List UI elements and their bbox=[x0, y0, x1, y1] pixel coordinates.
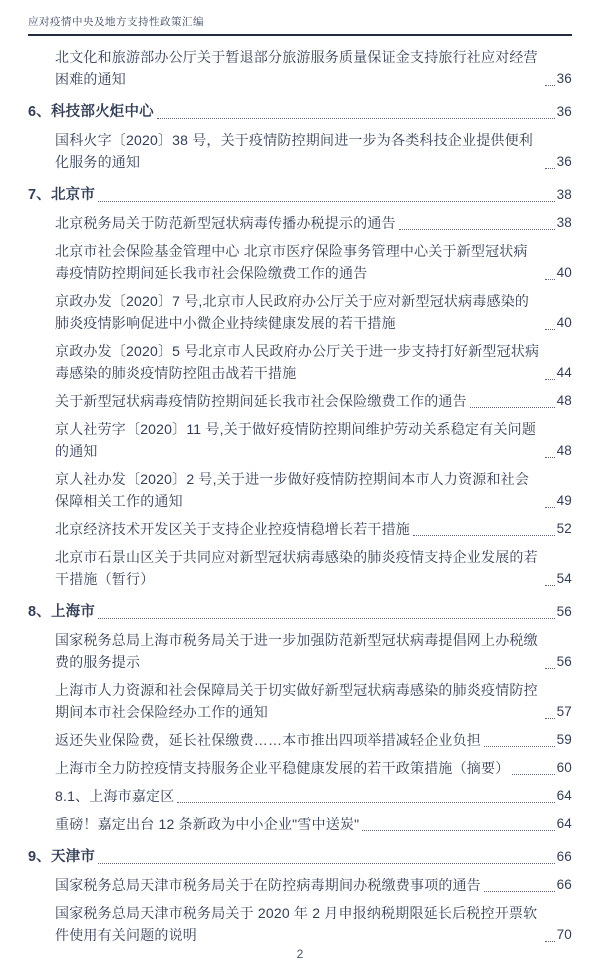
dotted-leader bbox=[545, 585, 555, 586]
dotted-leader bbox=[399, 229, 555, 230]
toc-entry-page-number: 40 bbox=[557, 312, 572, 334]
toc-item-row[interactable]: 国家税务总局天津市税务局关于在防控病毒期间办税缴费事项的通告66 bbox=[55, 874, 572, 896]
dotted-leader bbox=[545, 668, 555, 669]
toc-entry-text: 重磅！嘉定出台 12 条新政为中小企业"雪中送炭" bbox=[55, 813, 359, 835]
table-of-contents: 北文化和旅游部办公厅关于暂退部分旅游服务质量保证金支持旅行社应对经营困难的通知3… bbox=[28, 36, 572, 946]
toc-entry-page-number: 40 bbox=[557, 262, 572, 284]
dotted-leader bbox=[362, 830, 554, 831]
toc-entry-page-number: 70 bbox=[557, 924, 572, 946]
toc-entry-page-number: 64 bbox=[557, 785, 572, 807]
toc-entry-page-number: 48 bbox=[557, 390, 572, 412]
toc-entry-text: 京政办发〔2020〕7 号,北京市人民政府办公厅关于应对新型冠状病毒感染的肺炎疫… bbox=[55, 290, 542, 334]
dotted-leader bbox=[413, 535, 555, 536]
toc-entry-page-number: 49 bbox=[557, 490, 572, 512]
dotted-leader bbox=[545, 718, 555, 719]
toc-entry-text: 北京市社会保险基金管理中心 北京市医疗保险事务管理中心关于新型冠状病毒疫情防控期… bbox=[55, 240, 542, 284]
toc-entry-page-number: 66 bbox=[557, 846, 572, 868]
toc-entry-text: 京人社劳字〔2020〕11 号,关于做好疫情防控期间维护劳动关系稳定有关问题的通… bbox=[55, 418, 542, 462]
toc-entry-page-number: 54 bbox=[557, 568, 572, 590]
toc-entry-text: 北京税务局关于防范新型冠状病毒传播办税提示的通告 bbox=[55, 212, 396, 234]
toc-item-row[interactable]: 京政办发〔2020〕7 号,北京市人民政府办公厅关于应对新型冠状病毒感染的肺炎疫… bbox=[55, 290, 572, 334]
toc-entry-text: 北文化和旅游部办公厅关于暂退部分旅游服务质量保证金支持旅行社应对经营困难的通知 bbox=[55, 46, 542, 90]
toc-entry-text: 上海市全力防控疫情支持服务企业平稳健康发展的若干政策措施（摘要） bbox=[55, 757, 509, 779]
toc-section-row[interactable]: 6、科技部火炬中心36 bbox=[28, 96, 572, 123]
toc-subsection-row[interactable]: 8.1、上海市嘉定区64 bbox=[55, 785, 572, 807]
toc-item-row[interactable]: 京政办发〔2020〕5 号北京市人民政府办公厅关于进一步支持打好新型冠状病毒感染… bbox=[55, 340, 572, 384]
dotted-leader bbox=[545, 457, 555, 458]
toc-section-row[interactable]: 8、上海市56 bbox=[28, 596, 572, 623]
toc-entry-text: 京政办发〔2020〕5 号北京市人民政府办公厅关于进一步支持打好新型冠状病毒感染… bbox=[55, 340, 542, 384]
toc-entry-text: 8.1、上海市嘉定区 bbox=[55, 785, 174, 807]
dotted-leader bbox=[545, 168, 555, 169]
toc-entry-text: 上海市人力资源和社会保障局关于切实做好新型冠状病毒感染的肺炎疫情防控期间本市社会… bbox=[55, 679, 542, 723]
toc-entry-text: 6、科技部火炬中心 bbox=[28, 101, 154, 123]
toc-entry-text: 7、北京市 bbox=[28, 184, 95, 206]
dotted-leader bbox=[98, 618, 555, 619]
toc-entry-page-number: 38 bbox=[557, 212, 572, 234]
toc-entry-text: 国家税务总局天津市税务局关于在防控病毒期间办税缴费事项的通告 bbox=[55, 874, 481, 896]
toc-item-row[interactable]: 北京市石景山区关于共同应对新型冠状病毒感染的肺炎疫情支持企业发展的若干措施（暂行… bbox=[55, 546, 572, 590]
toc-entry-text: 8、上海市 bbox=[28, 601, 95, 623]
dotted-leader bbox=[545, 941, 555, 942]
toc-entry-page-number: 44 bbox=[557, 362, 572, 384]
toc-entry-page-number: 60 bbox=[557, 757, 572, 779]
toc-entry-page-number: 64 bbox=[557, 813, 572, 835]
footer-page-number: 2 bbox=[297, 947, 304, 961]
toc-entry-text: 返还失业保险费，延长社保缴费……本市推出四项举措减轻企业负担 bbox=[55, 729, 481, 751]
dotted-leader bbox=[512, 774, 554, 775]
dotted-leader bbox=[98, 863, 555, 864]
header-title: 应对疫情中央及地方支持性政策汇编 bbox=[28, 16, 204, 28]
toc-entry-page-number: 36 bbox=[557, 68, 572, 90]
toc-item-row[interactable]: 京人社劳字〔2020〕11 号,关于做好疫情防控期间维护劳动关系稳定有关问题的通… bbox=[55, 418, 572, 462]
dotted-leader bbox=[470, 407, 555, 408]
dotted-leader bbox=[545, 85, 555, 86]
toc-entry-text: 国家税务总局天津市税务局关于 2020 年 2 月申报纳税期限延长后税控开票软件… bbox=[55, 902, 542, 946]
toc-entry-text: 北京经济技术开发区关于支持企业控疫情稳增长若干措施 bbox=[55, 518, 410, 540]
toc-item-row[interactable]: 重磅！嘉定出台 12 条新政为中小企业"雪中送炭"64 bbox=[55, 813, 572, 835]
toc-entry-page-number: 36 bbox=[557, 151, 572, 173]
toc-item-row[interactable]: 返还失业保险费，延长社保缴费……本市推出四项举措减轻企业负担59 bbox=[55, 729, 572, 751]
toc-entry-text: 9、天津市 bbox=[28, 846, 95, 868]
page-footer: 2 bbox=[0, 947, 600, 961]
toc-entry-page-number: 52 bbox=[557, 518, 572, 540]
toc-item-row[interactable]: 上海市人力资源和社会保障局关于切实做好新型冠状病毒感染的肺炎疫情防控期间本市社会… bbox=[55, 679, 572, 723]
toc-item-row[interactable]: 北京税务局关于防范新型冠状病毒传播办税提示的通告38 bbox=[55, 212, 572, 234]
toc-entry-text: 北京市石景山区关于共同应对新型冠状病毒感染的肺炎疫情支持企业发展的若干措施（暂行… bbox=[55, 546, 542, 590]
toc-item-row[interactable]: 北京经济技术开发区关于支持企业控疫情稳增长若干措施52 bbox=[55, 518, 572, 540]
toc-entry-page-number: 36 bbox=[557, 101, 572, 123]
toc-entry-text: 国科火字〔2020〕38 号，关于疫情防控期间进一步为各类科技企业提供便利化服务… bbox=[55, 129, 542, 173]
toc-entry-page-number: 66 bbox=[557, 874, 572, 896]
toc-item-row[interactable]: 国科火字〔2020〕38 号，关于疫情防控期间进一步为各类科技企业提供便利化服务… bbox=[55, 129, 572, 173]
dotted-leader bbox=[545, 279, 555, 280]
dotted-leader bbox=[545, 379, 555, 380]
toc-item-row[interactable]: 国家税务总局上海市税务局关于进一步加强防范新型冠状病毒提倡网上办税缴费的服务提示… bbox=[55, 629, 572, 673]
dotted-leader bbox=[157, 118, 555, 119]
document-page: 应对疫情中央及地方支持性政策汇编 北文化和旅游部办公厅关于暂退部分旅游服务质量保… bbox=[0, 0, 600, 977]
toc-item-row[interactable]: 京人社办发〔2020〕2 号,关于进一步做好疫情防控期间本市人力资源和社会保障相… bbox=[55, 468, 572, 512]
toc-entry-page-number: 48 bbox=[557, 440, 572, 462]
toc-item-row[interactable]: 北文化和旅游部办公厅关于暂退部分旅游服务质量保证金支持旅行社应对经营困难的通知3… bbox=[55, 46, 572, 90]
toc-item-row[interactable]: 北京市社会保险基金管理中心 北京市医疗保险事务管理中心关于新型冠状病毒疫情防控期… bbox=[55, 240, 572, 284]
running-header: 应对疫情中央及地方支持性政策汇编 bbox=[28, 8, 572, 36]
dotted-leader bbox=[484, 746, 555, 747]
toc-entry-text: 京人社办发〔2020〕2 号,关于进一步做好疫情防控期间本市人力资源和社会保障相… bbox=[55, 468, 542, 512]
toc-item-row[interactable]: 国家税务总局天津市税务局关于 2020 年 2 月申报纳税期限延长后税控开票软件… bbox=[55, 902, 572, 946]
toc-item-row[interactable]: 上海市全力防控疫情支持服务企业平稳健康发展的若干政策措施（摘要）60 bbox=[55, 757, 572, 779]
dotted-leader bbox=[177, 802, 554, 803]
dotted-leader bbox=[98, 201, 555, 202]
toc-entry-page-number: 57 bbox=[557, 701, 572, 723]
toc-section-row[interactable]: 9、天津市66 bbox=[28, 841, 572, 868]
dotted-leader bbox=[484, 891, 555, 892]
toc-entry-text: 关于新型冠状病毒疫情防控期间延长我市社会保险缴费工作的通告 bbox=[55, 390, 467, 412]
toc-item-row[interactable]: 关于新型冠状病毒疫情防控期间延长我市社会保险缴费工作的通告48 bbox=[55, 390, 572, 412]
toc-section-row[interactable]: 7、北京市38 bbox=[28, 179, 572, 206]
toc-entry-page-number: 59 bbox=[557, 729, 572, 751]
dotted-leader bbox=[545, 507, 555, 508]
toc-entry-text: 国家税务总局上海市税务局关于进一步加强防范新型冠状病毒提倡网上办税缴费的服务提示 bbox=[55, 629, 542, 673]
toc-entry-page-number: 38 bbox=[557, 184, 572, 206]
dotted-leader bbox=[545, 329, 555, 330]
toc-entry-page-number: 56 bbox=[557, 651, 572, 673]
toc-entry-page-number: 56 bbox=[557, 601, 572, 623]
